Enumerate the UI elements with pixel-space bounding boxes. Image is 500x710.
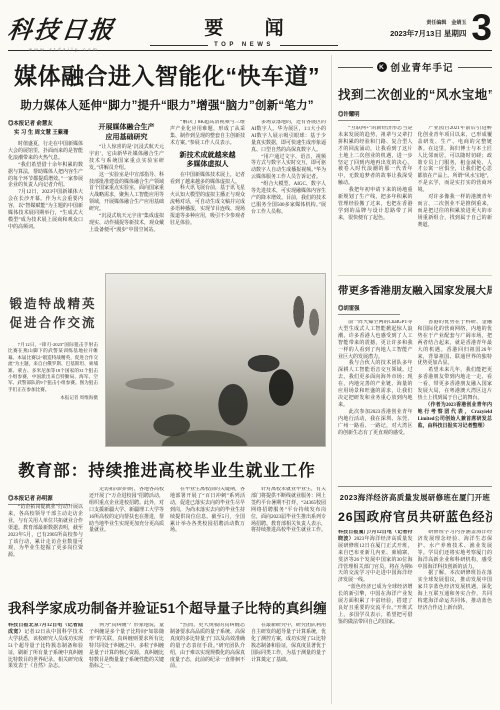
editor-label: 责任编辑 bbox=[426, 20, 446, 26]
second-startup-columns: “互联网+”的新经济形态当是未来发展的趋势，祖辈与父辈打拼积累的经验和门路、复合… bbox=[338, 126, 492, 268]
byline-interns: 实 习 生 周文慧 王紫珊 bbox=[8, 129, 83, 138]
photo-caption: 7月12日，“锋刃-2023”国际狙击手射击比赛在燕山脚下的武警某训练基地拉开帷… bbox=[8, 342, 98, 393]
article-media-convergence: 媒体融合进入智能化“快车道” 助力媒体人延伸“脚力”提升“眼力”增强“脑力”创新… bbox=[8, 55, 326, 266]
blue-economy-headline: 26国政府官员共研蓝色经济合作 bbox=[338, 507, 492, 525]
photo-feature: 锻造特战精英 促进合作交流 7月12日，“锋刃-2023”国际狙击手射击比赛在燕… bbox=[8, 273, 326, 447]
body-text: “互联网+”的新经济形态当是未来发展的趋势，祖辈与父辈打拼积累的经验和门路、复合… bbox=[338, 126, 413, 223]
quantum-headline: 我科学家成功制备并验证51个超导量子比特的真纠缠 bbox=[8, 597, 326, 617]
badge-rule-right bbox=[458, 67, 492, 68]
article-column: “然而，更大规模的真纠缠态制备要求高品质的量子系统、高保真度的多比特量子门以及高… bbox=[170, 623, 245, 704]
body-text: 科技日报厦门7月12日电（记者符晓波）2023年海洋经济高质量发展研修班12日在… bbox=[338, 530, 413, 627]
column-logo-icon: K bbox=[377, 62, 387, 72]
newspaper-page: 科技日报 www.stdaily.com 要 闻 TOP NEWS 责任编辑 金… bbox=[0, 0, 500, 710]
article-column: 走访拓岗的同时，各地各高校还开展了“万企进校园”招聘活动，组织重点企业进校招聘。… bbox=[89, 487, 164, 589]
article-column: 产业园自2021年前后引进孵化创业青年项目以来，已形成覆盖研发、生产、电商的完整… bbox=[418, 126, 493, 268]
rule-right bbox=[280, 45, 338, 46]
editor-line: 责任编辑 金婧玉 bbox=[390, 19, 466, 26]
byline: ◎本报记者 孙明源 bbox=[8, 494, 70, 505]
body-text: 针对离校未就业毕业生，有关部门将提供不断线就业服务：网上签约平台暑期不打烊，“2… bbox=[251, 487, 326, 535]
photo-credit: 本报记者 周维海摄 bbox=[8, 395, 98, 401]
body-text: 时值盛夏，行走在中国新媒体大会的展馆里，扑面而来的是智能化浪潮带来的火热气息。 … bbox=[8, 142, 83, 232]
main-article-columns: ◎本报记者 俞慧友 实 习 生 周文慧 王紫珊 时值盛夏，行走在中国新媒体大会的… bbox=[8, 120, 326, 266]
body-text: 2023年海洋经济高质量发展研修班12日在厦门正式开班，来自巴布亚新几内亚、柬埔… bbox=[338, 537, 413, 625]
article-column: “解决了8K超高清视频与三维声产业化应用难题，形成了从采集、制作到呈现的整套自主… bbox=[170, 120, 245, 266]
right-region: K 创业青年手记 找到二次创业的“风水宝地” ◎许耀明 “互联网+”的新经济形态… bbox=[331, 55, 492, 704]
article-column: ◎本报记者 俞慧友 实 习 生 周文慧 王紫珊 时值盛夏，行走在中国新媒体大会的… bbox=[8, 120, 83, 266]
photo-feature-text: 锻造特战精英 促进合作交流 7月12日，“锋刃-2023”国际狙击手射击比赛在燕… bbox=[8, 273, 105, 447]
byline: ◎胡雷强 bbox=[338, 304, 400, 315]
paper-logo: 科技日报 bbox=[6, 10, 148, 45]
body-text: “解决了8K超高清视频与三维声产业化应用难题，形成了从采集、制作到呈现的整套自主… bbox=[170, 120, 245, 148]
body-text: “然而，更大规模的真纠缠态制备要求高品质的量子系统、高保真度的多比特量子门以及高… bbox=[170, 623, 245, 671]
author-endnote: （作者为2023香港创业青年内地行考察团代表，Crazyield Limited… bbox=[418, 403, 493, 429]
article-education: 教育部：持续推进高校毕业生就业工作 ◎本报记者 孙明源 “访企拓岗促就业”行动开… bbox=[8, 447, 326, 589]
body-text: 走访拓岗的同时，各地各高校还开展了“万企进校园”招聘活动，组织重点企业进校招聘。… bbox=[89, 487, 164, 535]
byline: ◎本报记者 俞慧友 实 习 生 周文慧 王紫珊 bbox=[8, 120, 83, 138]
education-headline: 教育部：持续推进高校毕业生就业工作 bbox=[8, 457, 326, 481]
issue-date: 2023年7月13日 星期四 bbox=[390, 28, 466, 39]
article-column: 科技日报北京7月12日电（记者陆成宽）记者12日从中国科学技术大学获悉，该校研究… bbox=[8, 623, 83, 704]
article-column: “互联网+”的新经济形态当是未来发展的趋势，祖辈与父辈打拼积累的经验和门路、复合… bbox=[338, 126, 413, 268]
article-column: 前一阵火爆全网的ChatGPT等大型生成式人工智能掀起惊人浪潮，许多香港人也感受… bbox=[338, 320, 413, 480]
masthead-logo-block: 科技日报 www.stdaily.com bbox=[8, 6, 146, 48]
blue-economy-kicker: 2023海洋经济高质量发展研修班在厦门开班 bbox=[338, 492, 492, 503]
section-title: 要 闻 bbox=[186, 13, 301, 40]
article-blue-economy: 2023海洋经济高质量发展研修班在厦门开班 26国政府官员共研蓝色经济合作 科技… bbox=[338, 486, 492, 704]
left-region: 媒体融合进入智能化“快车道” 助力媒体人延伸“脚力”提升“眼力”增强“脑力”创新… bbox=[8, 55, 326, 704]
body-text: 前一阵火爆全网的ChatGPT等大型生成式人工智能掀起惊人浪潮，许多香港人也感受… bbox=[338, 320, 413, 437]
rule-left bbox=[150, 45, 208, 46]
article-column: 在毕业生离校前的关键期，各地部署开展了“百日冲刺”系列活动，促进已落实去向的毕业… bbox=[170, 487, 245, 589]
hongkong-headline: 带更多香港朋友融入国家发展大局 bbox=[338, 282, 492, 297]
issue-info: 责任编辑 金婧玉 2023年7月13日 星期四 bbox=[390, 19, 466, 39]
article-column: 何为“真纠缠”？形象地说，量子纠缠是多个量子比特间“如影随形”的关联，真纠缠则要… bbox=[89, 623, 164, 704]
issue-block: 责任编辑 金婧玉 2023年7月13日 星期四 3 bbox=[342, 6, 492, 48]
body-text: 在最新研究中，研究团队利用自主研发的超导量子计算系统，优化了测控方案，成功实现了… bbox=[251, 623, 326, 664]
body-text: “让人惊喜的是‘沉浸式航天元宇宙’，它由新华社媒体融合生产技术与系统国家重点实验… bbox=[89, 145, 164, 235]
page-content: 媒体融合进入智能化“快车道” 助力媒体人延伸“脚力”提升“眼力”增强“脑力”创新… bbox=[8, 55, 492, 704]
paper-url: www.stdaily.com bbox=[8, 47, 120, 52]
body-text: 在中国新媒体技术展上，记者看到了越来越多的媒体虚拟人。 科大讯飞展台前，基于讯飞… bbox=[170, 173, 245, 228]
photo-feature-title: 锻造特战精英 促进合作交流 bbox=[8, 295, 98, 333]
hongkong-columns: 前一阵火爆全网的ChatGPT等大型生成式人工智能掀起惊人浪潮，许多香港人也感受… bbox=[338, 320, 492, 480]
article-hongkong-friends: 带更多香港朋友融入国家发展大局 ◎胡雷强 前一阵火爆全网的ChatGPT等大型生… bbox=[338, 275, 492, 480]
section-subtitle: TOP NEWS bbox=[214, 42, 274, 48]
news-photo bbox=[105, 273, 326, 447]
quantum-columns: 科技日报北京7月12日电（记者陆成宽）记者12日从中国科学技术大学获悉，该校研究… bbox=[8, 623, 326, 704]
main-subhead: 助力媒体人延伸“脚力”提升“眼力”增强“脑力”创新“笔力” bbox=[8, 97, 326, 113]
body-text: 科技日报北京7月12日电（记者陆成宽）记者12日从中国科学技术大学获悉，该校研究… bbox=[8, 623, 83, 671]
body-text: 记者12日从中国科学技术大学获悉，该校研究人员成功实现51个超导量子比特簇态制备… bbox=[8, 630, 83, 670]
article-quantum: 我科学家成功制备并验证51个超导量子比特的真纠缠 科技日报北京7月12日电（记者… bbox=[8, 589, 326, 704]
badge-rule-left bbox=[338, 67, 373, 68]
article-second-startup: 找到二次创业的“风水宝地” ◎许耀明 “互联网+”的新经济形态当是未来发展的趋势… bbox=[338, 74, 492, 268]
column-badge: K 创业青年手记 bbox=[338, 60, 492, 74]
column-badge-label: 创业青年手记 bbox=[391, 60, 454, 74]
article-column: 在最新研究中，研究团队利用自主研发的超导量子计算系统，优化了测控方案，成功实现了… bbox=[251, 623, 326, 704]
editor-name: 金婧玉 bbox=[451, 20, 466, 26]
masthead: 科技日报 www.stdaily.com 要 闻 TOP NEWS 责任编辑 金… bbox=[8, 6, 492, 48]
second-startup-headline: 找到二次创业的“风水宝地” bbox=[338, 85, 492, 103]
body-text: “访企拓岗促就业”行动开展以来，各高校领导干部主动走访企业，与有关用人单位共拓就… bbox=[8, 505, 83, 560]
article-column: 开展媒体融合生产 应用基础研究 “让人惊喜的是‘沉浸式航天元宇宙’，它由新华社媒… bbox=[89, 120, 164, 266]
blue-economy-columns: 科技日报厦门7月12日电（记者符晓波）2023年海洋经济高质量发展研修班12日在… bbox=[338, 530, 492, 704]
article-column: 香港的优势在于科研、金融和国际化的营商网络，内地的优势在于产业配套与广阔市场，把… bbox=[418, 320, 493, 480]
body-text: 研修班学习内容涵盖海洋经济发展理念经验、海洋生态保护、水产养殖技术、渔业发展等。… bbox=[418, 530, 493, 613]
page-number: 3 bbox=[471, 12, 492, 44]
body-text: 香港的优势在于科研、金融和国际化的营商网络，内地的优势在于产业配套与广阔市场，把… bbox=[418, 320, 493, 401]
section-header: 要 闻 TOP NEWS bbox=[146, 6, 342, 48]
article-column: ◎本报记者 孙明源 “访企拓岗促就业”行动开展以来，各高校领导干部主动走访企业，… bbox=[8, 487, 83, 589]
byline-reporter: ◎本报记者 俞慧友 bbox=[8, 120, 83, 129]
byline: ◎许耀明 bbox=[338, 110, 400, 121]
article-column: 研修班学习内容涵盖海洋经济发展理念经验、海洋生态保护、水产养殖技术、渔业发展等。… bbox=[418, 530, 493, 704]
body-text: 香港的优势在于科研、金融和国际化的营商网络，内地的优势在于产业配套与广阔市场，把… bbox=[418, 320, 493, 431]
body-text: 何为“真纠缠”？形象地说，量子纠缠是多个量子比特间“如影随形”的关联，真纠缠则要… bbox=[89, 623, 164, 671]
article-column: 针对离校未就业毕业生，有关部门将提供不断线就业服务：网上签约平台暑期不打烊，“2… bbox=[251, 487, 326, 589]
column-subhead: 新技术成就越来越 多媒体虚拟人 bbox=[170, 151, 245, 170]
column-subhead: 开展媒体融合生产 应用基础研究 bbox=[89, 123, 164, 142]
main-headline: 媒体融合进入智能化“快车道” bbox=[8, 58, 326, 91]
article-column: 多场景落地的，还有各展区的AI数字人。华为展区，1:1大小的AI数字人展示吸引眼… bbox=[251, 120, 326, 266]
body-text: 多场景落地的，还有各展区的AI数字人。华为展区，1:1大小的AI数字人展示吸引眼… bbox=[251, 120, 326, 217]
education-columns: ◎本报记者 孙明源 “访企拓岗促就业”行动开展以来，各高校领导干部主动走访企业，… bbox=[8, 487, 326, 589]
article-column: 科技日报厦门7月12日电（记者符晓波）2023年海洋经济高质量发展研修班12日在… bbox=[338, 530, 413, 704]
body-text: 产业园自2021年前后引进孵化创业青年项目以来，已形成覆盖研发、生产、电商的完整… bbox=[418, 126, 493, 230]
body-text: 在毕业生离校前的关键期，各地部署开展了“百日冲刺”系列活动，促进已落实去向的毕业… bbox=[170, 487, 245, 535]
section-subtitle-row: TOP NEWS bbox=[150, 42, 338, 48]
